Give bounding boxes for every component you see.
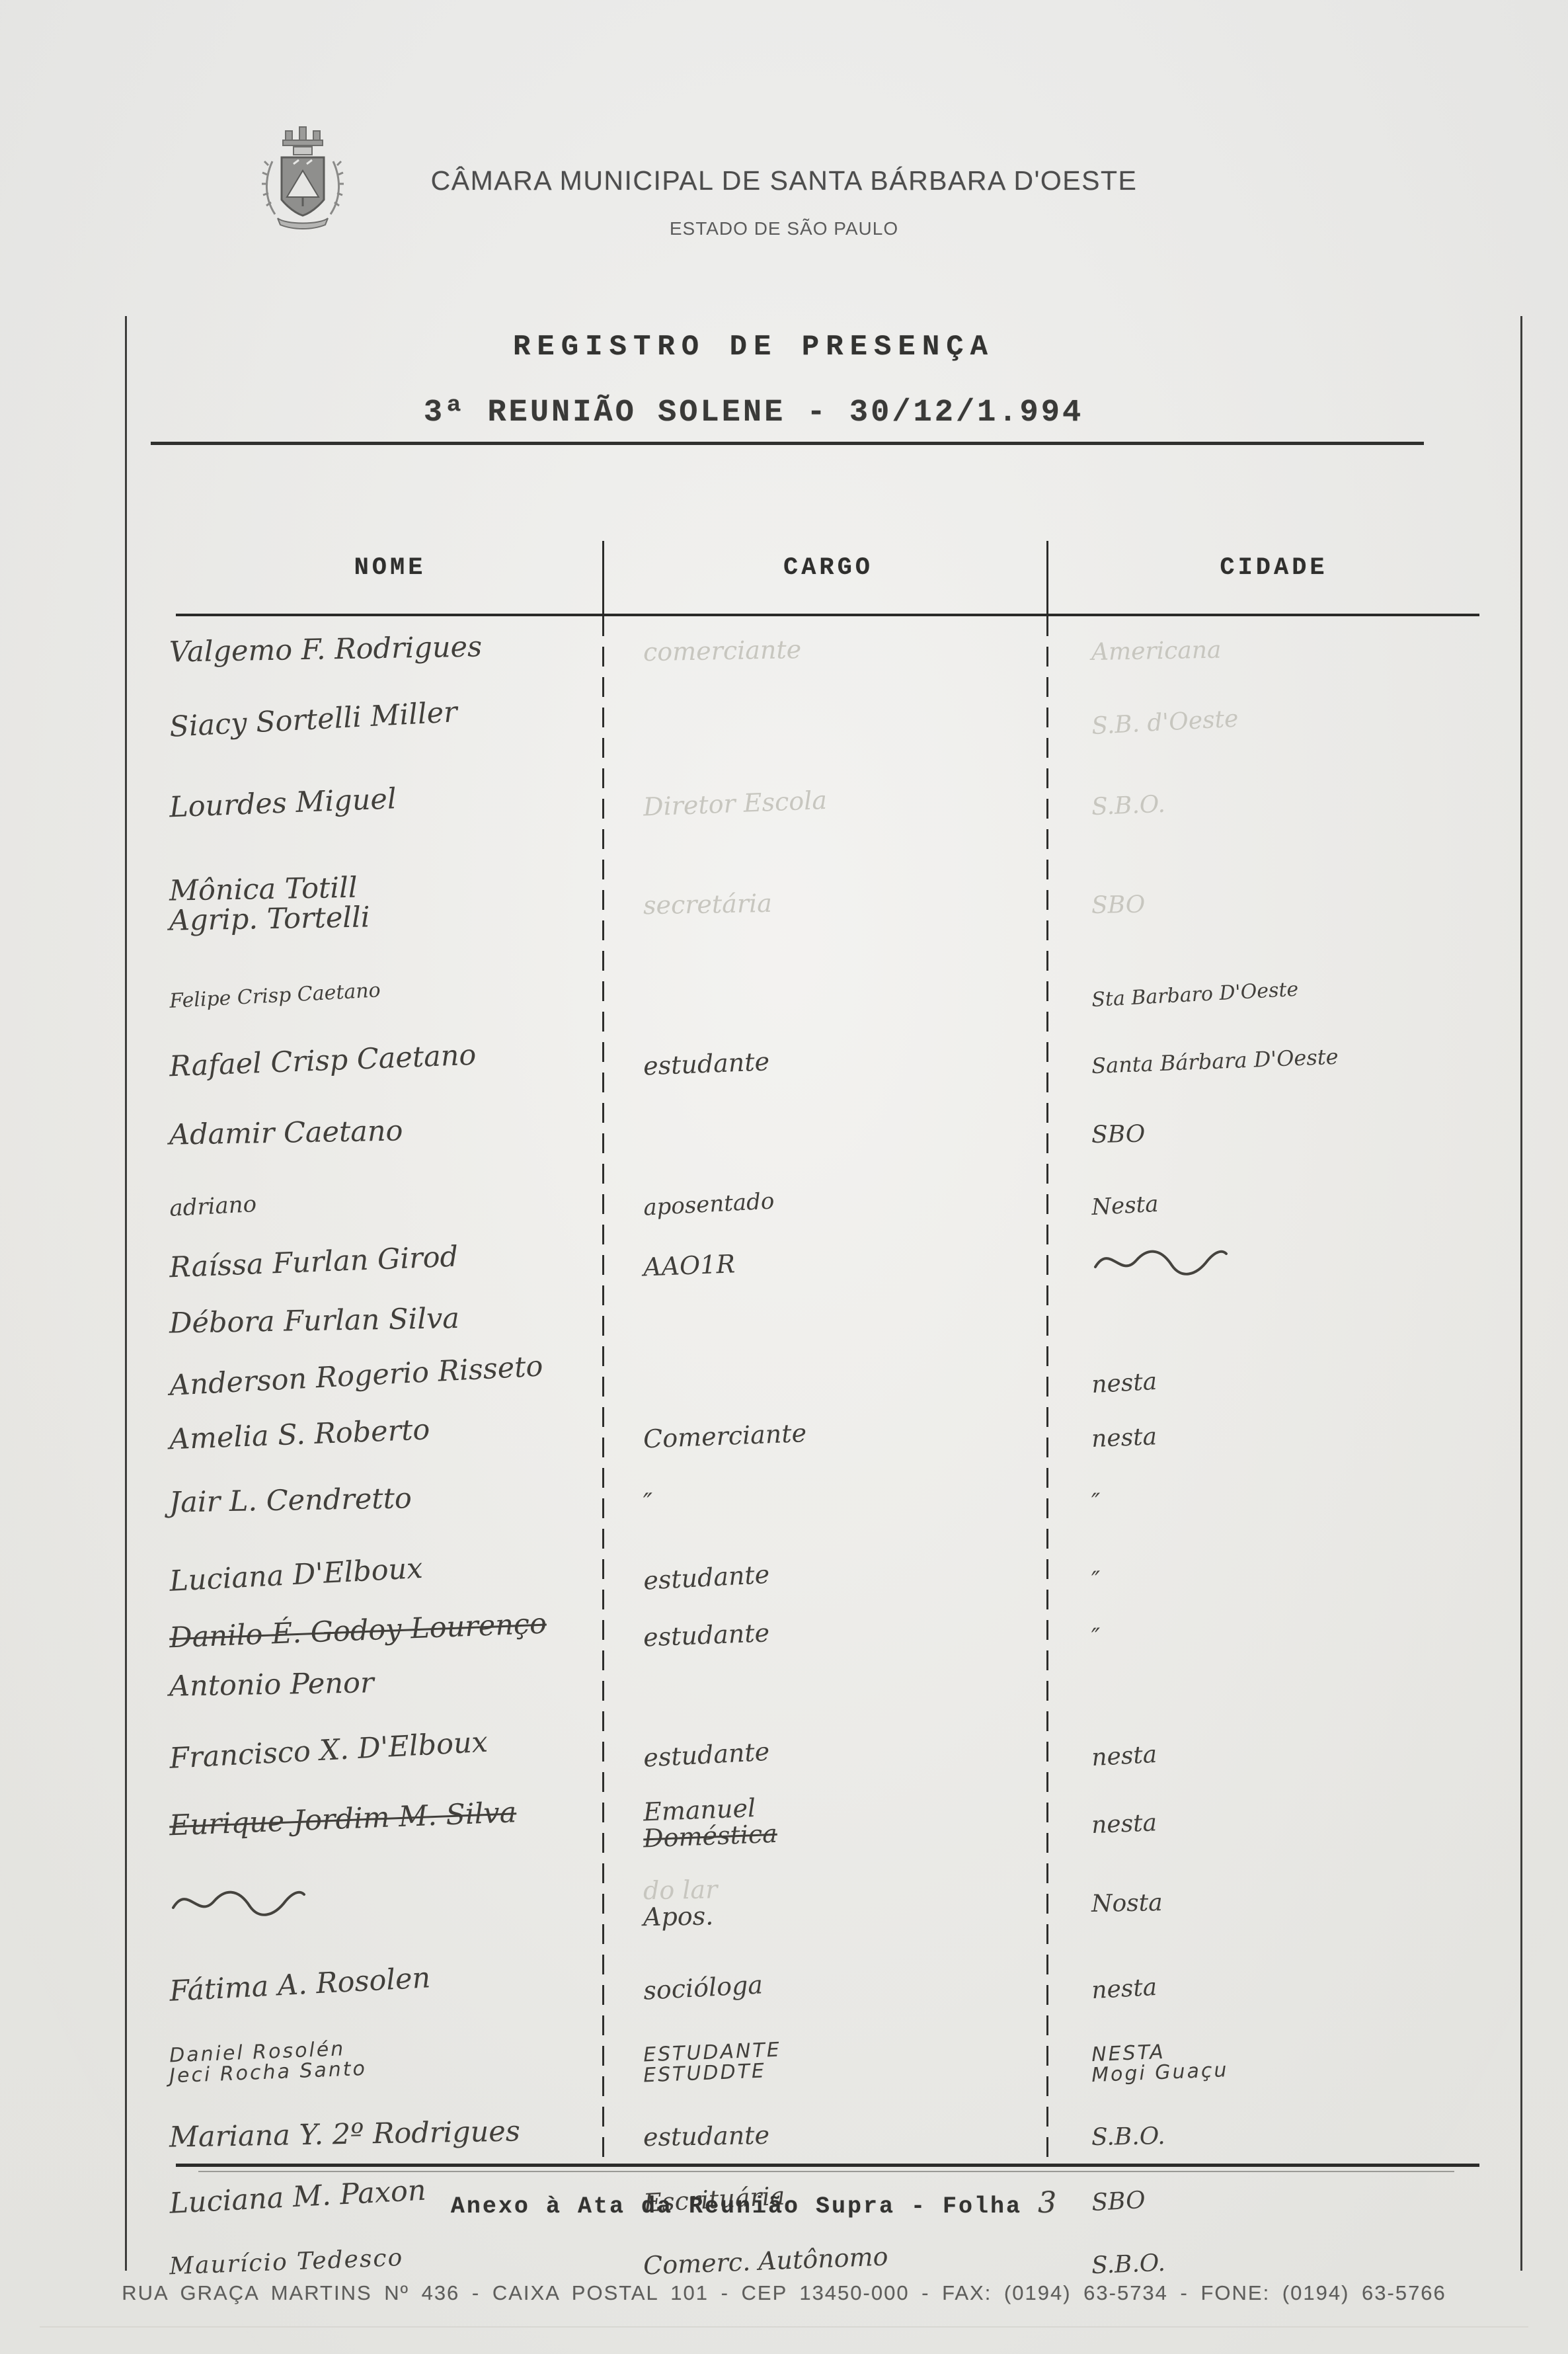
illegible-signature-scribble — [1091, 1240, 1473, 1281]
handwritten-cidade: ″ — [1091, 1549, 1473, 1594]
cell-cidade: S.B.O. — [1048, 785, 1479, 815]
cell-cargo: Comerciante — [604, 1416, 1048, 1448]
cell-cargo: aposentado — [604, 1184, 1048, 1213]
handwritten-nome: Francisco X. D'Elboux — [169, 1723, 597, 1775]
cell-cidade: Santa Bárbara D'Oeste — [1048, 1045, 1479, 1073]
handwritten-cargo: estudante — [643, 1610, 1041, 1652]
handwritten-cidade: Nesta — [1091, 1176, 1473, 1220]
cell-nome: Antonio Penor — [132, 1666, 604, 1701]
table-row: do larApos.Nosta — [132, 1851, 1479, 1951]
handwritten-nome: Maurício Tedesco — [169, 2238, 598, 2280]
footer-faint-rule — [40, 2326, 1528, 2328]
handwritten-cidade: Nosta — [1091, 1885, 1473, 1917]
cell-cargo: estudante — [604, 1043, 1048, 1075]
cell-cargo: estudante — [604, 2119, 1048, 2150]
illegible-signature-scribble — [169, 1881, 597, 1922]
handwritten-nome: Jair L. Cendretto — [169, 1481, 598, 1518]
cell-nome: Anderson Rogerio Risseto — [132, 1358, 604, 1393]
cell-cargo: AAO1R — [604, 1244, 1048, 1276]
table-bottom-rule — [176, 2164, 1479, 2167]
table-row: Eurique Jordim M. SilvaEmanuelDoméstican… — [132, 1785, 1479, 1851]
attendance-rows: Valgemo F. RodriguescomercianteAmericana… — [132, 619, 1479, 2296]
cell-nome: Fátima A. Rosolen — [132, 1963, 604, 1998]
cell-cidade: SBO — [1048, 1117, 1479, 1147]
meeting-subtitle: 3ª REUNIÃO SOLENE - 30/12/1.994 — [66, 395, 1441, 430]
cell-nome: Felipe Crisp Caetano — [132, 977, 604, 1004]
annex-page-number-handwritten: 3 — [1038, 2186, 1056, 2220]
handwritten-nome: adriano — [169, 1175, 598, 1221]
handwritten-cargo: AAO1R — [643, 1240, 1041, 1281]
table-bottom-rule-echo — [198, 2171, 1454, 2172]
cell-cidade: NESTAMogi Guaçu — [1048, 2035, 1479, 2082]
page-left-border — [125, 316, 127, 2271]
cell-cargo: estudante — [604, 1555, 1048, 1587]
handwritten-nome: Luciana D'Elboux — [169, 1545, 597, 1598]
handwritten-nome: Fátima A. Rosolen — [169, 1955, 597, 2008]
cell-cidade: ″ — [1048, 1484, 1479, 1515]
header-column-divider-2 — [1046, 541, 1048, 615]
cell-cargo: comerciante — [604, 633, 1048, 665]
cell-cargo: EmanuelDoméstica — [604, 1789, 1048, 1847]
table-row: Danilo É. Godoy Lourençoestudante″ — [132, 1605, 1479, 1656]
handwritten-nome: Siacy Sortelli Miller — [169, 691, 597, 743]
annex-note-text: Anexo à Ata da Reunião Supra - Folha — [451, 2193, 1022, 2220]
cell-cargo — [604, 988, 1048, 993]
handwritten-cargo: Apos. — [643, 1898, 1042, 1931]
handwritten-nome: Lourdes Miguel — [169, 777, 597, 823]
cell-nome: Mônica TotillAgrip. Tortelli — [132, 870, 604, 935]
cell-cidade: ″ — [1048, 1556, 1479, 1586]
table-header-rule — [176, 614, 1479, 616]
cell-nome: Lourdes Miguel — [132, 782, 604, 817]
handwritten-nome: Raíssa Furlan Girod — [169, 1237, 597, 1283]
handwritten-cidade: S.B. d'Oeste — [1091, 694, 1473, 739]
table-row: Débora Furlan Silva — [132, 1292, 1479, 1349]
handwritten-cidade: nesta — [1091, 1959, 1473, 2004]
cell-nome: Jair L. Cendretto — [132, 1482, 604, 1517]
cell-nome: Rafael Crisp Caetano — [132, 1041, 604, 1076]
handwritten-cargo: secretária — [643, 886, 1042, 919]
table-row: adrianoaposentadoNesta — [132, 1168, 1479, 1229]
table-row: Raíssa Furlan GirodAAO1R — [132, 1229, 1479, 1292]
handwritten-cidade: Americana — [1091, 633, 1473, 665]
handwritten-nome: Felipe Crisp Caetano — [169, 969, 598, 1012]
handwritten-cidade: ″ — [1091, 1484, 1473, 1516]
footer-address: RUA GRAÇA MARTINS Nº 436 - CAIXA POSTAL … — [0, 2281, 1568, 2305]
handwritten-cargo: Comerc. Autônomo — [643, 2238, 1041, 2280]
cell-cargo: socióloga — [604, 1965, 1048, 1997]
cell-cargo: Diretor Escola — [604, 784, 1048, 816]
cell-cidade: ″ — [1048, 1615, 1479, 1646]
table-row: Adamir CaetanoSBO — [132, 1096, 1479, 1168]
org-state: ESTADO DE SÃO PAULO — [66, 218, 1502, 239]
handwritten-nome: Agrip. Tortelli — [169, 899, 598, 936]
table-row: Felipe Crisp CaetanoSta Barbaro D'Oeste — [132, 959, 1479, 1022]
table-row: Daniel RosolénJeci Rocha SantoESTUDANTEE… — [132, 2011, 1479, 2104]
cell-cidade — [1048, 1238, 1479, 1283]
cell-cidade: nesta — [1048, 1360, 1479, 1391]
handwritten-nome: Mariana Y. 2º Rodrigues — [169, 2116, 598, 2153]
cell-nome: Siacy Sortelli Miller — [132, 699, 604, 734]
handwritten-cidade: ″ — [1091, 1611, 1473, 1650]
cell-nome: Adamir Caetano — [132, 1114, 604, 1149]
handwritten-cidade: S.B.O. — [1091, 2239, 1473, 2279]
cell-cargo: secretária — [604, 887, 1048, 918]
cell-cidade: nesta — [1048, 1417, 1479, 1447]
cell-cargo: Comerc. Autônomo — [604, 2243, 1048, 2275]
table-row: Fátima A. Rosolensocióloganesta — [132, 1951, 1479, 2011]
handwritten-cidade: nesta — [1091, 1726, 1473, 1771]
cell-cargo — [604, 1318, 1048, 1323]
handwritten-cargo: ″ — [643, 1483, 1042, 1516]
cell-cidade: Sta Barbaro D'Oeste — [1048, 977, 1479, 1004]
handwritten-cidade: Sta Barbaro D'Oeste — [1091, 970, 1473, 1011]
cell-cidade: nesta — [1048, 1966, 1479, 1996]
handwritten-nome: Rafael Crisp Caetano — [169, 1036, 597, 1082]
cell-nome: Débora Furlan Silva — [132, 1303, 604, 1338]
handwritten-cargo: estudante — [643, 2118, 1042, 2151]
handwritten-nome: Antonio Penor — [169, 1665, 598, 1702]
cell-nome: Raíssa Furlan Girod — [132, 1242, 604, 1278]
header-column-divider-1 — [602, 541, 604, 615]
cell-cargo — [604, 714, 1048, 719]
cell-nome — [132, 1879, 604, 1924]
cell-cargo: do larApos. — [604, 1872, 1048, 1930]
page-right-border — [1520, 316, 1522, 2271]
table-row: Siacy Sortelli MillerS.B. d'Oeste — [132, 680, 1479, 754]
table-row: Lourdes MiguelDiretor EscolaS.B.O. — [132, 754, 1479, 846]
table-row: Luciana D'Elbouxestudante″ — [132, 1537, 1479, 1605]
handwritten-nome: Danilo É. Godoy Lourenço — [169, 1607, 597, 1654]
cell-cidade: S.B.O. — [1048, 2244, 1479, 2274]
handwritten-cidade: S.B.O. — [1091, 2119, 1473, 2150]
table-row: Amelia S. RobertoComerciantenesta — [132, 1402, 1479, 1463]
handwritten-cargo: estudante — [643, 1039, 1041, 1080]
table-row: Jair L. Cendretto″″ — [132, 1463, 1479, 1537]
table-row: Mariana Y. 2º RodriguesestudanteS.B.O. — [132, 2104, 1479, 2165]
cell-cidade: S.B. d'Oeste — [1048, 702, 1479, 732]
handwritten-cidade: SBO — [1091, 1116, 1473, 1148]
cell-cidade: Americana — [1048, 634, 1479, 665]
cell-cargo — [604, 1681, 1048, 1686]
handwritten-cidade: Santa Bárbara D'Oeste — [1091, 1041, 1473, 1078]
handwritten-cargo: aposentado — [643, 1176, 1041, 1220]
handwritten-cargo: comerciante — [643, 633, 1042, 666]
cell-cidade — [1048, 1318, 1479, 1323]
handwritten-cidade: SBO — [1091, 887, 1473, 918]
handwritten-cargo: estudante — [643, 1725, 1041, 1771]
handwritten-cargo: Comerciante — [643, 1412, 1041, 1453]
cell-nome: Daniel RosolénJeci Rocha Santo — [132, 2035, 604, 2082]
handwritten-cargo: socióloga — [643, 1957, 1041, 2004]
handwritten-nome: Amelia S. Roberto — [169, 1409, 597, 1455]
handwritten-cargo: estudante — [643, 1547, 1041, 1594]
handwritten-nome: Débora Furlan Silva — [169, 1302, 598, 1339]
cell-cargo: estudante — [604, 1615, 1048, 1646]
cell-nome: Mariana Y. 2º Rodrigues — [132, 2117, 604, 2152]
column-header-cargo: CARGO — [783, 554, 873, 582]
table-row: Valgemo F. RodriguescomercianteAmericana — [132, 619, 1479, 680]
cell-nome: Valgemo F. Rodrigues — [132, 631, 604, 667]
page-title: REGISTRO DE PRESENÇA — [66, 331, 1441, 364]
cell-cidade: nesta — [1048, 1803, 1479, 1834]
annex-note: Anexo à Ata da Reunião Supra - Folha 3 — [66, 2186, 1441, 2220]
table-row: Mônica TotillAgrip. TortellisecretáriaSB… — [132, 846, 1479, 959]
org-name: CÂMARA MUNICIPAL DE SANTA BÁRBARA D'OEST… — [66, 165, 1502, 196]
handwritten-nome: Eurique Jordim M. Silva — [169, 1795, 597, 1842]
handwritten-cargo: Diretor Escola — [643, 780, 1041, 821]
column-header-nome: NOME — [354, 554, 426, 582]
cell-nome: Francisco X. D'Elboux — [132, 1730, 604, 1766]
column-header-cidade: CIDADE — [1220, 554, 1327, 582]
cell-cargo — [604, 1373, 1048, 1378]
handwritten-cidade: nesta — [1091, 1353, 1473, 1398]
table-row: Rafael Crisp CaetanoestudanteSanta Bárba… — [132, 1022, 1479, 1096]
handwritten-cidade: nesta — [1091, 1412, 1473, 1452]
cell-nome: Eurique Jordim M. Silva — [132, 1801, 604, 1836]
subtitle-underline-rule — [151, 442, 1424, 445]
handwritten-nome: Adamir Caetano — [169, 1114, 598, 1151]
cell-nome: Amelia S. Roberto — [132, 1414, 604, 1449]
cell-nome: adriano — [132, 1184, 604, 1213]
cell-cidade: SBO — [1048, 887, 1479, 918]
table-row: Francisco X. D'Elbouxestudantenesta — [132, 1711, 1479, 1785]
handwritten-nome: Valgemo F. Rodrigues — [169, 631, 598, 668]
handwritten-cidade: nesta — [1091, 1799, 1473, 1838]
cell-nome: Maurício Tedesco — [132, 2244, 604, 2274]
cell-cargo — [604, 1129, 1048, 1135]
table-row: Anderson Rogerio Rissetonesta — [132, 1349, 1479, 1402]
cell-cidade: Nosta — [1048, 1886, 1479, 1916]
cell-cidade: Nesta — [1048, 1184, 1479, 1213]
cell-cargo: ESTUDANTEESTUDDTE — [604, 2035, 1048, 2082]
cell-cargo: estudante — [604, 1732, 1048, 1764]
cell-cidade — [1048, 1681, 1479, 1686]
cell-nome: Danilo É. Godoy Lourenço — [132, 1613, 604, 1648]
cell-cidade: nesta — [1048, 1733, 1479, 1764]
table-row: Antonio Penor — [132, 1656, 1479, 1711]
cell-cidade: S.B.O. — [1048, 2119, 1479, 2150]
cell-nome: Luciana D'Elboux — [132, 1553, 604, 1588]
handwritten-cidade: S.B.O. — [1091, 780, 1473, 820]
handwritten-nome: Anderson Rogerio Risseto — [169, 1350, 597, 1402]
cell-cargo: ″ — [604, 1484, 1048, 1516]
